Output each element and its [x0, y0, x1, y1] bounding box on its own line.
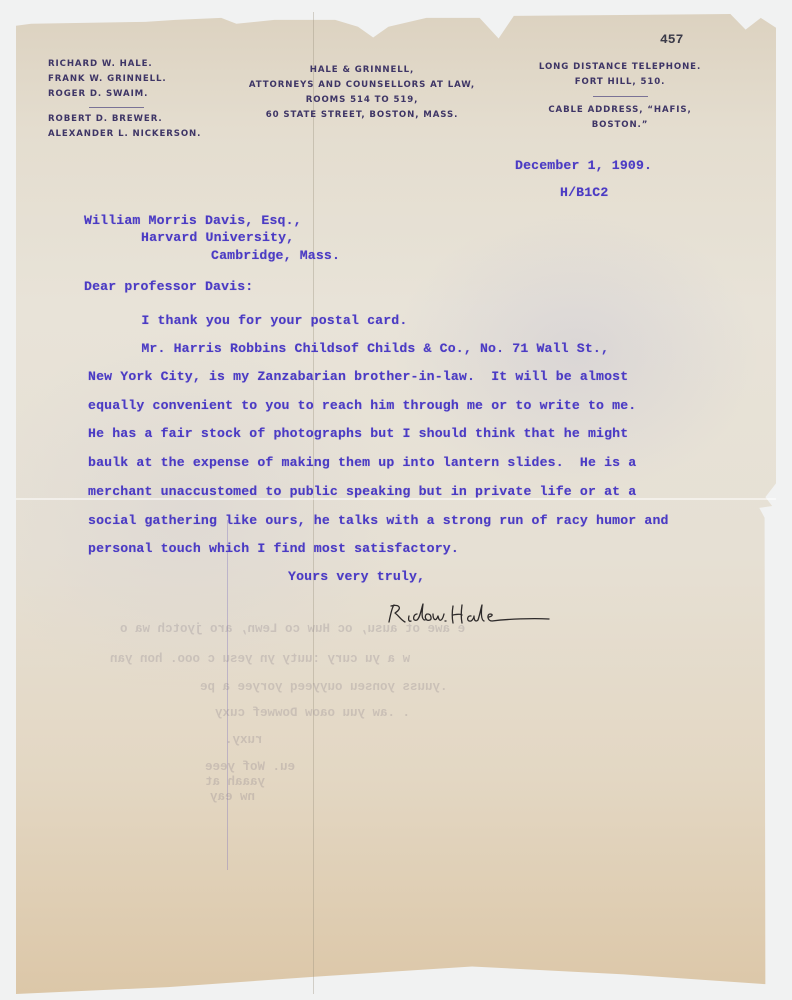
- partner-name: Frank W. Grinnell.: [48, 72, 201, 87]
- body-line: merchant unaccustomed to public speaking…: [88, 484, 636, 499]
- body-line: Mr. Harris Robbins Childsof Childs & Co.…: [101, 341, 609, 356]
- letter-paper: [16, 12, 776, 994]
- firm-description: Attorneys and Counsellors at Law,: [232, 78, 492, 93]
- bleed-through-text: .yuuss yonseu ouyyeeq yoryee a pe: [200, 680, 448, 694]
- bleed-through-text: eu. Wof yeee: [205, 760, 295, 774]
- body-line: New York City, is my Zanzabarian brother…: [88, 369, 628, 384]
- ink-margin-line: [227, 520, 228, 870]
- paper-fold-vertical: [313, 12, 314, 994]
- letterhead-contact: Long Distance Telephone. Fort Hill, 510.…: [520, 60, 720, 133]
- associate-name: Robert D. Brewer.: [48, 112, 201, 127]
- body-line: baulk at the expense of making them up i…: [88, 455, 636, 470]
- salutation: Dear professor Davis:: [84, 279, 253, 294]
- body-line: equally convenient to you to reach him t…: [88, 398, 636, 413]
- body-line: social gathering like ours, he talks wit…: [88, 513, 669, 528]
- closing: Yours very truly,: [288, 569, 425, 584]
- partner-name: Richard W. Hale.: [48, 57, 201, 72]
- body-line: I thank you for your postal card.: [101, 313, 407, 328]
- partner-name: Roger D. Swaim.: [48, 87, 201, 102]
- recipient-city: Cambridge, Mass.: [211, 248, 340, 263]
- cable-address: Cable Address, “Hafis, Boston.”: [520, 103, 720, 133]
- telephone-number: Fort Hill, 510.: [520, 75, 720, 90]
- bleed-through-text: yaaah at: [205, 775, 265, 789]
- associate-name: Alexander L. Nickerson.: [48, 127, 201, 142]
- divider: [593, 96, 648, 97]
- bleed-through-text: nw eay: [210, 790, 255, 804]
- telephone-label: Long Distance Telephone.: [520, 60, 720, 75]
- bleed-through-text: w a yu cury :uuty yn yesu c ooo. hon yan: [110, 652, 410, 666]
- page-number: 457: [660, 32, 683, 47]
- handwritten-signature: Richard W. Hale: [383, 600, 553, 634]
- body-line: He has a fair stock of photographs but I…: [88, 426, 628, 441]
- firm-rooms: Rooms 514 to 519,: [232, 93, 492, 108]
- letterhead-firm: Hale & Grinnell, Attorneys and Counsello…: [232, 63, 492, 123]
- body-line: personal touch which I find most satisfa…: [88, 541, 459, 556]
- firm-address: 60 State Street, Boston, Mass.: [232, 108, 492, 123]
- divider: [89, 107, 144, 108]
- bleed-through-text: . .aw yuu oaow Dowwef cuxy: [215, 706, 410, 720]
- recipient-name: William Morris Davis, Esq.,: [84, 213, 302, 228]
- firm-name: Hale & Grinnell,: [232, 63, 492, 78]
- letterhead-partners: Richard W. Hale. Frank W. Grinnell. Roge…: [48, 57, 201, 142]
- signature-icon: [383, 600, 553, 634]
- reference-code: H/B1C2: [560, 185, 608, 200]
- recipient-institution: Harvard University,: [141, 230, 294, 245]
- letter-date: December 1, 1909.: [515, 158, 652, 173]
- bleed-through-text: ruxy.: [225, 733, 263, 747]
